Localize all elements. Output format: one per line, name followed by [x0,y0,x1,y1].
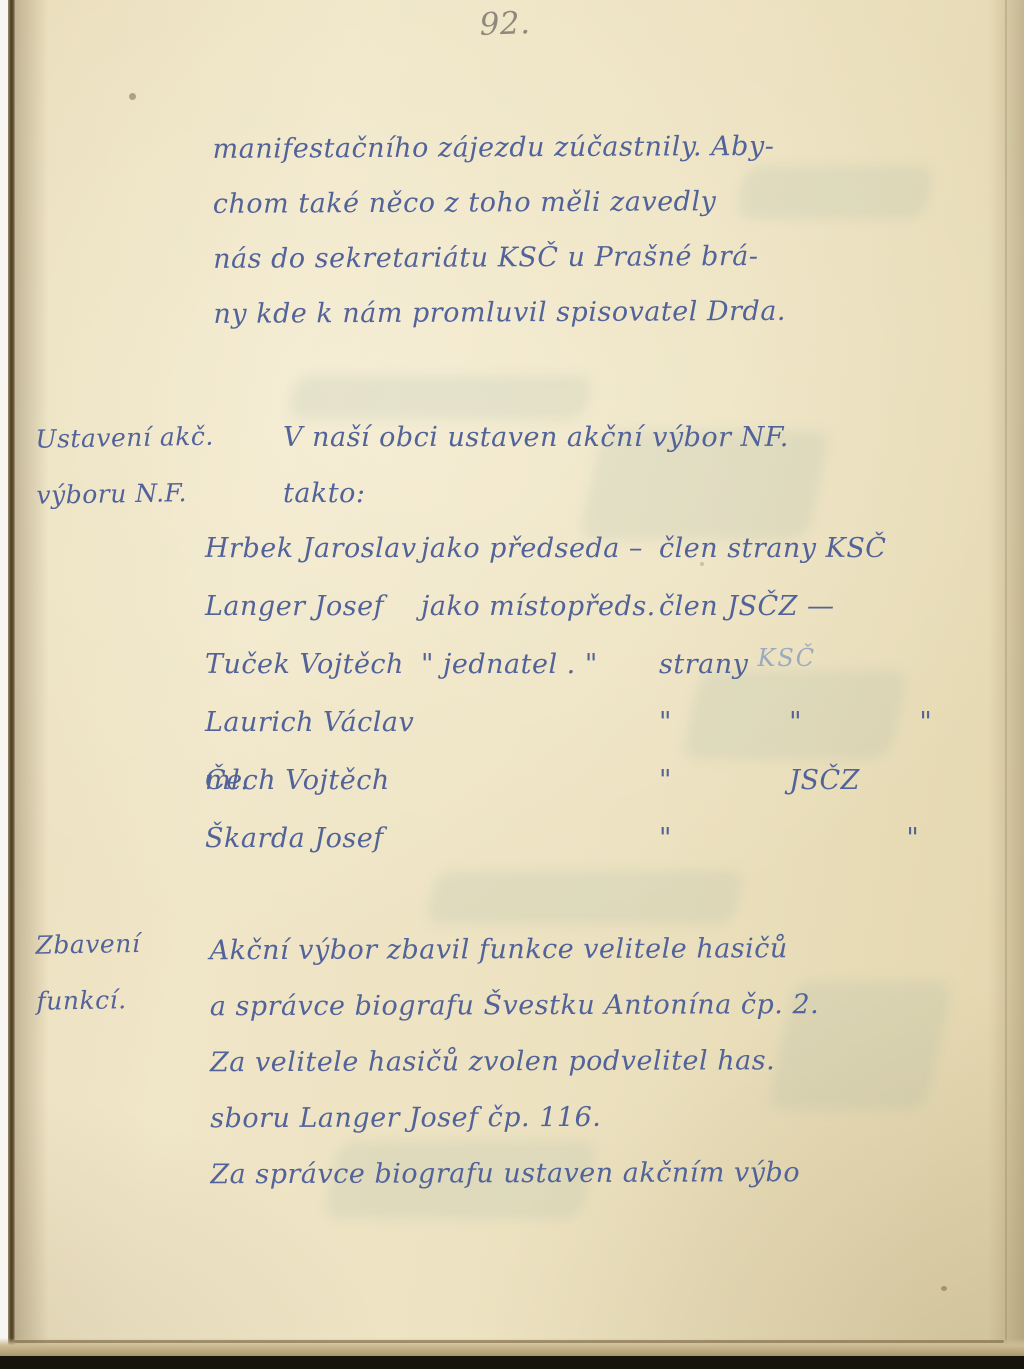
handwritten-line: Za správce biografu ustaven akčním výbo [210,1145,910,1203]
member-name: Škarda Josef [205,810,421,868]
member-name: Langer Josef [205,578,421,636]
member-party-ditto: " " [659,810,919,868]
book-binding-edge [8,0,15,1369]
member-role: jako předseda – [421,520,659,578]
handwritten-line: nás do sekretariátu KSČ u Prašné brá- [213,228,913,287]
member-role: jako místopředs. [421,578,659,636]
member-party: člen JSČZ — [659,578,905,636]
committee-member-list: Hrbek Jaroslav jako předseda – člen stra… [205,520,905,868]
member-name: Laurich Václav ml. [205,694,421,752]
member-row: Tuček Vojtěch " jednatel . " strany KSČ [205,636,905,694]
handwritten-line: takto: [283,466,903,522]
ink-bleed-through [424,870,746,925]
removal-paragraph: Akční výbor zbavil funkce velitele hasič… [210,921,911,1203]
handwritten-line: ny kde k nám promluvil spisovatel Drda. [213,283,913,342]
handwritten-line: a správce biografu Švestku Antonína čp. … [210,977,910,1035]
member-row: Škarda Josef " " [205,810,905,868]
binding-shadow [15,0,49,1369]
member-name: Čech Vojtěch [205,752,421,810]
member-party-ditto: " JSČZ [659,752,905,810]
member-party-ditto: " " " [659,694,932,752]
member-name: Tuček Vojtěch [205,636,421,694]
scan-bottom-margin [0,1356,1024,1369]
member-role [421,694,659,752]
margin-note-committee: Ustavení akč. výboru N.F. [35,408,237,523]
page-crease [1005,0,1007,1369]
member-role [421,810,659,868]
member-party: strany KSČ [659,636,905,694]
scanned-chronicle-page: 92. manifestačního zájezdu zúčastnily. A… [0,0,1024,1369]
committee-intro: V naší obci ustaven akční výbor NF. takt… [283,410,903,522]
paper-speck [129,93,136,100]
handwritten-line: chom také něco z toho měli zavedly [213,173,913,232]
member-party-text: strany [659,649,757,680]
page-bottom-outline [14,1340,1004,1343]
member-row: Hrbek Jaroslav jako předseda – člen stra… [205,520,905,578]
margin-note-line: funkcí. [36,970,237,1029]
page-number: 92. [0,0,1010,60]
margin-note-line: Zbavení [35,914,236,973]
scan-left-margin [0,0,8,1369]
margin-note-removal: Zbavení funkcí. [35,914,237,1029]
member-row: Laurich Václav ml. " " " [205,694,905,752]
handwritten-line: manifestačního zájezdu zúčastnily. Aby- [212,118,912,177]
member-party: člen strany KSČ [659,520,905,578]
handwritten-line: V naší obci ustaven akční výbor NF. [283,410,903,466]
member-role: " jednatel . " [421,636,659,694]
member-row: Čech Vojtěch " JSČZ [205,752,905,810]
member-role [421,752,659,810]
margin-note-line: výboru N.F. [36,464,237,523]
member-name: Hrbek Jaroslav [205,520,421,578]
handwritten-line: Za velitele hasičů zvolen podvelitel has… [210,1033,910,1091]
paper-speck [941,1286,947,1291]
margin-note-line: Ustavení akč. [35,408,236,467]
member-row: Langer Josef jako místopředs. člen JSČZ … [205,578,905,636]
handwritten-line: sboru Langer Josef čp. 116. [210,1089,910,1147]
opening-paragraph: manifestačního zájezdu zúčastnily. Aby- … [212,118,913,342]
handwritten-line: Akční výbor zbavil funkce velitele hasič… [210,921,910,979]
member-party-faded: KSČ [757,644,816,672]
